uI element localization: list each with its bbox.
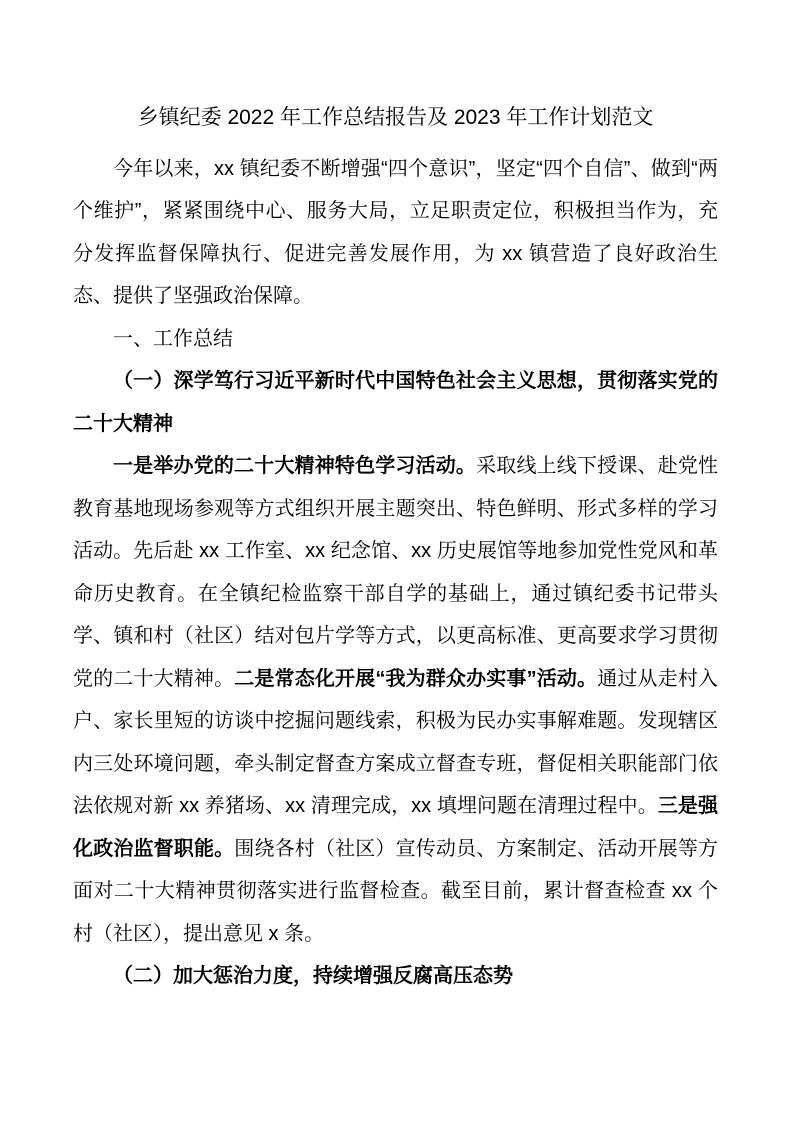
document-page: 乡镇纪委 2022 年工作总结报告及 2023 年工作计划范文 今年以来，xx … (0, 0, 793, 1122)
sub-heading-1: （一）深学笃行习近平新时代中国特色社会主义思想，贯彻落实党的二十大精神 (73, 360, 718, 445)
text-run: 今年以来，xx 镇纪委不断增强“四个意识”，坚定“四个自信”、做到“两个维护”，… (73, 158, 718, 308)
section-heading-work-summary: 一、工作总结 (73, 318, 718, 361)
document-body: 今年以来，xx 镇纪委不断增强“四个意识”，坚定“四个自信”、做到“两个维护”，… (73, 148, 718, 998)
sub-heading-2: （二）加大惩治力度，持续增强反腐高压态势 (73, 955, 718, 998)
text-run: 一、工作总结 (113, 328, 233, 350)
bold-text-run: 一是举办党的二十大精神特色学习活动。 (113, 455, 476, 477)
document-title: 乡镇纪委 2022 年工作总结报告及 2023 年工作计划范文 (73, 97, 718, 140)
bold-text-run: 二是常态化开展“我为群众办实事”活动。 (234, 668, 597, 690)
bold-text-run: （二）加大惩治力度，持续增强反腐高压态势 (113, 965, 513, 987)
bold-text-run: （一）深学笃行习近平新时代中国特色社会主义思想，贯彻落实党的二十大精神 (73, 370, 718, 435)
body-paragraph-1: 一是举办党的二十大精神特色学习活动。采取线上线下授课、赴党性教育基地现场参观等方… (73, 445, 718, 955)
intro-paragraph: 今年以来，xx 镇纪委不断增强“四个意识”，坚定“四个自信”、做到“两个维护”，… (73, 148, 718, 318)
text-run: 采取线上线下授课、赴党性教育基地现场参观等方式组织开展主题突出、特色鲜明、形式多… (73, 455, 718, 690)
